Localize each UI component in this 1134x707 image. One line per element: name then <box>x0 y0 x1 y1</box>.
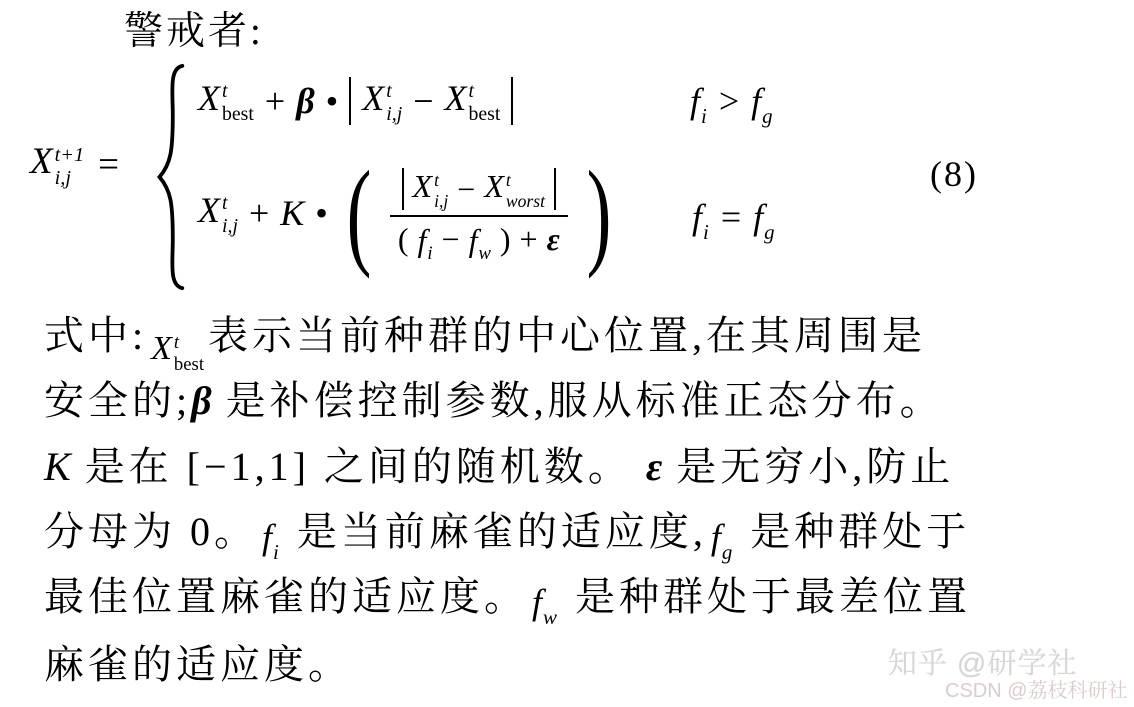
paren-open: ( <box>398 221 409 258</box>
x-scripts: t i,j <box>434 172 448 210</box>
lhs-superscript: t+1 <box>55 145 85 165</box>
dot-operator: • <box>315 192 328 234</box>
x-subscript: worst <box>506 193 545 211</box>
f-base: f <box>692 199 702 235</box>
x-subscript: best <box>469 105 501 125</box>
beta-inline: β <box>191 378 212 423</box>
paragraph-line: K 是在 [−1,1] 之间的随机数。 ε 是无穷小,防止 <box>44 435 954 492</box>
fraction: X t i,j − X t worst <box>390 168 568 258</box>
epsilon-inline: ε <box>646 444 662 489</box>
body-text: 是补偿控制参数,服从标准正态分布。 <box>212 378 944 423</box>
f-g-term: f g <box>753 199 774 235</box>
csdn-watermark: CSDN @荔枝科研社 <box>945 674 1128 703</box>
x-base: X <box>445 80 467 123</box>
x-best-term: X t best <box>445 80 501 123</box>
f-subscript: g <box>722 542 732 563</box>
condition-top: f i > f g <box>690 80 773 122</box>
big-paren-close: ) <box>586 158 611 268</box>
document-page: 警戒者: X t+1 i,j = X t best <box>0 0 1134 707</box>
beta-symbol: β <box>296 80 314 122</box>
x-superscript: t <box>469 82 501 102</box>
f-subscript: g <box>764 222 774 243</box>
body-text: 是当前麻雀的适应度, <box>283 509 707 554</box>
x-superscript: t <box>222 82 254 102</box>
body-text: 是种群处于最差位置 <box>561 574 971 619</box>
x-ij-term: X t i,j <box>362 80 402 123</box>
x-worst-term: X t worst <box>484 170 545 208</box>
x-base: X <box>198 192 220 235</box>
f-base: f <box>532 584 542 620</box>
f-w-term: f w <box>469 224 491 256</box>
condition-bottom: f i = f g <box>692 196 775 238</box>
fraction-numerator: X t i,j − X t worst <box>394 168 564 210</box>
lhs-subscript: i,j <box>55 168 85 188</box>
f-g-inline: fg <box>711 519 732 555</box>
x-scripts: t best <box>469 82 501 125</box>
f-i-term: f i <box>690 83 707 119</box>
f-subscript: w <box>478 245 490 264</box>
abs-bar-open <box>349 77 351 125</box>
case-bottom-expression: X t i,j + K • ( X t i,j <box>198 148 619 278</box>
f-subscript: i <box>703 222 709 243</box>
minus-sign: − <box>413 80 433 122</box>
k-inline: K <box>44 444 71 489</box>
body-text: 是无穷小,防止 <box>662 444 954 489</box>
big-paren-open: ( <box>346 158 371 268</box>
x-superscript: t <box>434 172 448 190</box>
case-top-expression: X t best + β • X t i,j − X t <box>198 72 513 130</box>
f-subscript: g <box>762 106 772 127</box>
f-subscript: i <box>273 542 279 563</box>
x-best-term: X t best <box>198 80 254 123</box>
lhs-scripts: t+1 i,j <box>55 145 85 189</box>
f-base: f <box>751 83 761 119</box>
body-text: 分母为 0。 <box>44 509 258 554</box>
k-symbol: K <box>280 192 304 234</box>
greater-than-sign: > <box>719 80 739 122</box>
lhs-base: X <box>30 143 53 187</box>
x-base: X <box>362 80 384 123</box>
plus-sign: + <box>265 80 285 122</box>
x-scripts: t worst <box>506 172 545 210</box>
dot-operator: • <box>326 80 339 122</box>
x-subscript: i,j <box>222 217 238 237</box>
cases-brace <box>150 58 188 296</box>
body-text: 麻雀的适应度。 <box>44 642 352 687</box>
equation-lhs: X t+1 i,j = <box>30 143 119 187</box>
x-superscript: t <box>386 82 402 102</box>
x-superscript: t <box>222 194 238 214</box>
f-base: f <box>418 224 427 256</box>
lhs-variable: X t+1 i,j <box>30 143 84 187</box>
x-subscript: i,j <box>434 193 448 211</box>
f-base: f <box>753 199 763 235</box>
f-base: f <box>469 224 478 256</box>
x-base: X <box>151 332 172 372</box>
plus-sign: + <box>249 192 269 234</box>
x-base: X <box>413 170 433 208</box>
f-g-term: f g <box>751 83 772 119</box>
f-i-inline: fi <box>262 519 279 555</box>
paragraph-line: 麻雀的适应度。 <box>44 633 352 690</box>
body-text: 安全的; <box>44 378 191 423</box>
body-text: 式中: <box>44 313 147 358</box>
epsilon-symbol: ε <box>547 221 560 258</box>
paragraph-line: 分母为 0。fi 是当前麻雀的适应度,fg 是种群处于 <box>44 500 970 557</box>
equation-number: (8) <box>930 153 978 195</box>
paragraph-line: 安全的;β 是补偿控制参数,服从标准正态分布。 <box>44 369 944 426</box>
f-base: f <box>262 519 272 555</box>
x-scripts: t best <box>222 82 254 125</box>
f-i-term: f i <box>418 224 433 256</box>
x-ij-term: X t i,j <box>413 170 449 208</box>
x-base: X <box>198 80 220 123</box>
paren-close: ) <box>500 221 511 258</box>
f-i-term: f i <box>692 199 709 235</box>
x-scripts: t i,j <box>386 82 402 125</box>
x-subscript: i,j <box>386 105 402 125</box>
abs-bar-close <box>554 168 556 210</box>
x-superscript: t <box>174 334 204 353</box>
f-base: f <box>711 519 721 555</box>
body-text: 最佳位置麻雀的适应度。 <box>44 574 528 619</box>
abs-bar-open <box>402 168 404 210</box>
x-scripts: t i,j <box>222 194 238 237</box>
f-subscript: w <box>543 607 557 628</box>
x-best-inline: Xtbest <box>151 332 204 372</box>
paragraph-line: 式中:Xtbest表示当前种群的中心位置,在其周围是 <box>44 304 926 372</box>
body-text: 表示当前种群的中心位置,在其周围是 <box>208 313 926 358</box>
paragraph-line: 最佳位置麻雀的适应度。fw 是种群处于最差位置 <box>44 565 971 622</box>
body-text: 是种群处于 <box>736 509 970 554</box>
x-ij-term: X t i,j <box>198 192 238 235</box>
section-heading: 警戒者: <box>124 0 264 56</box>
f-base: f <box>690 83 700 119</box>
f-subscript: i <box>427 245 432 264</box>
x-subscript: best <box>222 105 254 125</box>
plus-sign: + <box>520 221 538 258</box>
f-subscript: i <box>701 106 707 127</box>
equals-sign: = <box>721 196 741 238</box>
x-superscript: t <box>506 172 545 190</box>
x-base: X <box>484 170 504 208</box>
minus-sign: − <box>442 221 460 258</box>
fraction-denominator: ( f i − f w ) + ε <box>390 221 568 258</box>
equals-sign: = <box>98 143 119 186</box>
minus-sign: − <box>457 171 475 208</box>
f-w-inline: fw <box>532 584 557 620</box>
fraction-bar <box>390 215 568 217</box>
abs-bar-close <box>511 77 513 125</box>
body-text: 是在 [−1,1] 之间的随机数。 <box>71 444 646 489</box>
